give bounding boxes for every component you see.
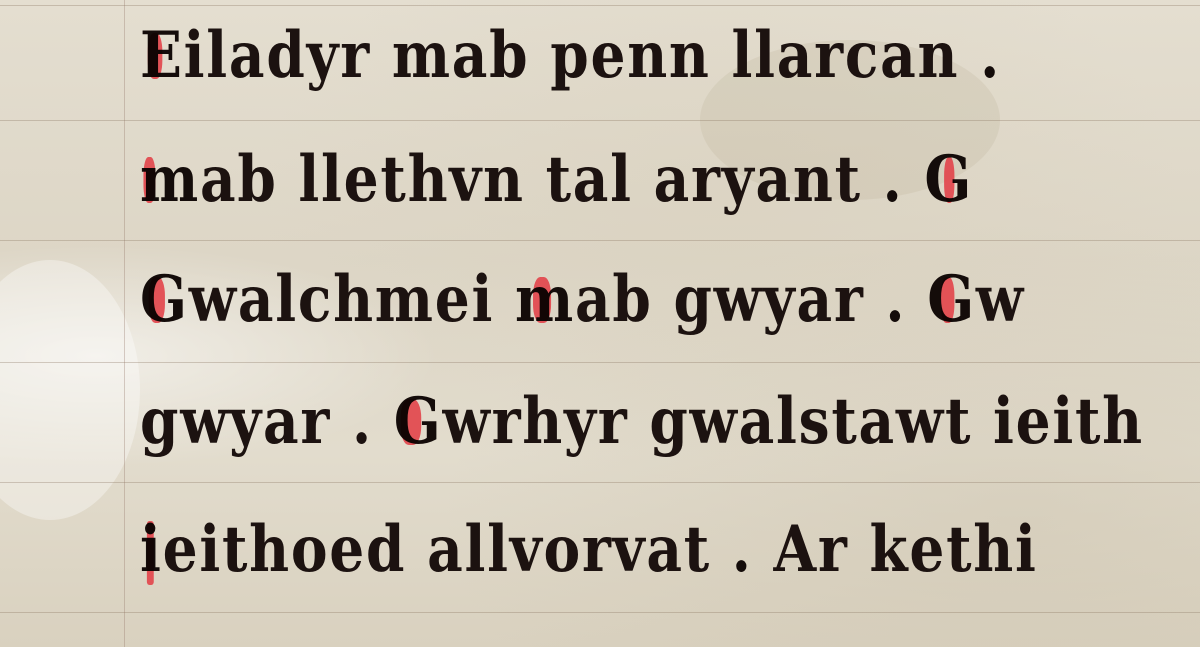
rubricated-initial: m [140,148,200,212]
rubricated-initial: G [394,390,443,454]
punctus: . [711,512,774,587]
punctus: . [865,262,928,337]
ruling-line [0,362,1200,363]
ruling-line [0,240,1200,241]
punctus: . [959,18,1001,93]
ruling-line [0,482,1200,483]
line-text: ab gwyar [575,262,865,337]
manuscript-line-3: Gwalchmei mab gwyar . Gw [140,268,1025,332]
line-text: Ar kethi [773,512,1037,587]
manuscript-line-4: gwyar . Gwrhyr gwalstawt ieith [140,390,1144,454]
line-text: iladyr mab penn llarcan [184,18,960,93]
margin-ruling-line [124,0,125,647]
manuscript-line-5: ieithoed allvorvat . Ar kethi [140,518,1038,582]
line-text: eithoed allvorvat [163,512,711,587]
manuscript-line-2: mab llethvn tal aryant . G [140,148,973,212]
line-text: wrhyr gwalstawt ieith [442,384,1143,459]
rubricated-initial: m [515,268,575,332]
rubricated-initial: E [140,24,184,88]
punctus: . [862,142,925,217]
line-text: walchmei [189,262,515,337]
ruling-line [0,612,1200,613]
line-text: gwyar . [140,384,394,459]
parchment-highlight [0,260,140,520]
line-text: w [976,262,1025,337]
rubricated-initial: G [927,268,976,332]
line-text: ab llethvn tal aryant [200,142,862,217]
ruling-line [0,5,1200,6]
rubricated-initial: i [140,518,163,582]
manuscript-line-1: Eiladyr mab penn llarcan . [140,24,1001,88]
rubricated-initial: G [924,148,973,212]
ruling-line [0,120,1200,121]
manuscript-page: Eiladyr mab penn llarcan . mab llethvn t… [0,0,1200,647]
rubricated-initial: G [140,268,189,332]
